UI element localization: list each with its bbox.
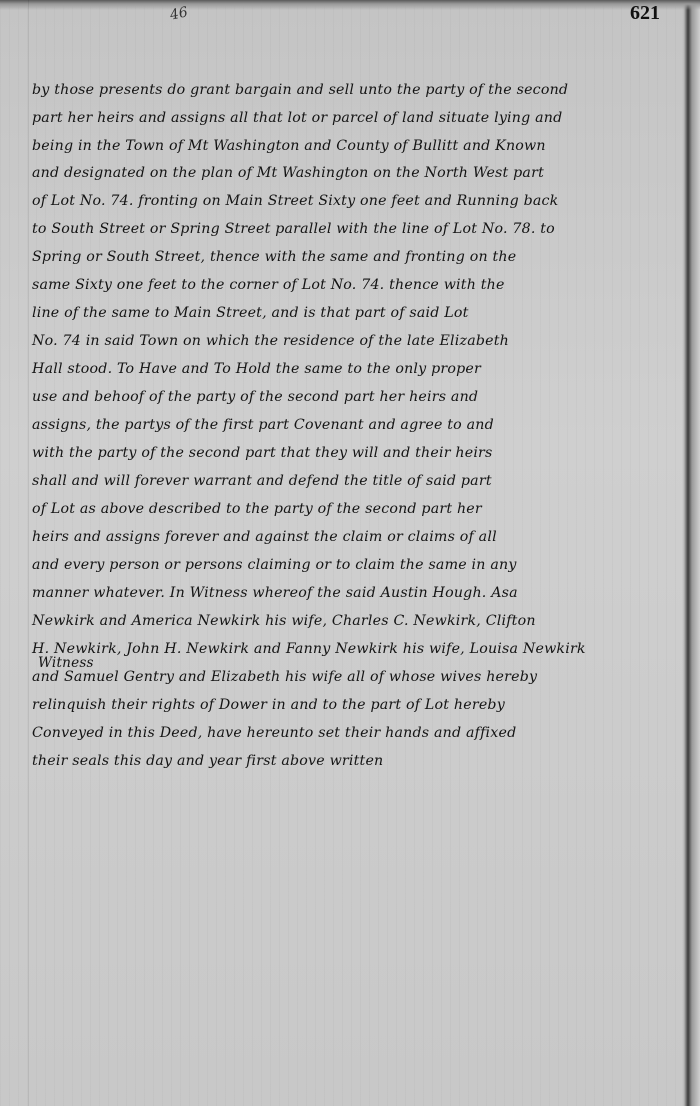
deed-line: with the party of the second part that t… xyxy=(32,445,493,461)
deed-line: being in the Town of Mt Washington and C… xyxy=(32,138,546,154)
deed-line: H. Newkirk, John H. Newkirk and Fanny Ne… xyxy=(32,641,586,657)
folio-note: 46 xyxy=(169,4,190,23)
deed-line: Spring or South Street, thence with the … xyxy=(32,249,516,265)
deed-line: No. 74 in said Town on which the residen… xyxy=(32,333,509,349)
margin-rule xyxy=(28,0,29,1106)
deed-line: their seals this day and year first abov… xyxy=(32,753,383,769)
deed-line: part her heirs and assigns all that lot … xyxy=(32,110,562,126)
deed-line: line of the same to Main Street, and is … xyxy=(32,305,469,321)
deed-line: of Lot No. 74. fronting on Main Street S… xyxy=(32,193,558,209)
deed-line: assigns, the partys of the first part Co… xyxy=(32,417,494,433)
deed-line: Hall stood. To Have and To Hold the same… xyxy=(32,361,481,377)
ledger-page: 621 46 by those presents do grant bargai… xyxy=(0,0,700,1106)
deed-line: and Samuel Gentry and Elizabeth his wife… xyxy=(32,669,537,685)
deed-line: use and behoof of the party of the secon… xyxy=(32,389,478,405)
deed-line: Conveyed in this Deed, have hereunto set… xyxy=(32,725,516,741)
deed-line: Newkirk and America Newkirk his wife, Ch… xyxy=(32,613,536,629)
deed-line: to South Street or Spring Street paralle… xyxy=(32,221,555,237)
deed-line: same Sixty one feet to the corner of Lot… xyxy=(32,277,505,293)
deed-line: manner whatever. In Witness whereof the … xyxy=(32,585,518,601)
deed-line: and designated on the plan of Mt Washing… xyxy=(32,165,544,181)
deed-line: by those presents do grant bargain and s… xyxy=(32,82,568,98)
deed-line: and every person or persons claiming or … xyxy=(32,557,517,573)
deed-line: relinquish their rights of Dower in and … xyxy=(32,697,505,713)
deed-line: heirs and assigns forever and against th… xyxy=(32,529,497,545)
witness-heading: Witness xyxy=(38,655,94,671)
deed-line: shall and will forever warrant and defen… xyxy=(32,473,492,489)
page-number: 621 xyxy=(630,2,660,25)
deed-line: of Lot as above described to the party o… xyxy=(32,501,482,517)
